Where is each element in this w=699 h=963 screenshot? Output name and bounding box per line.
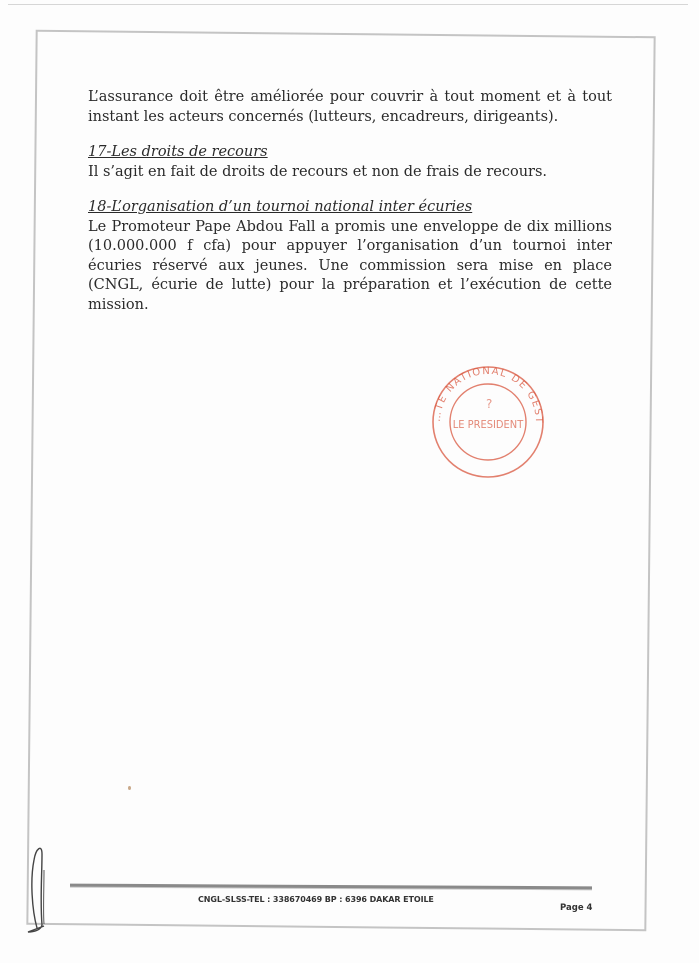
signature-initials xyxy=(22,840,62,935)
document-body: L’assurance doit être améliorée pour cou… xyxy=(88,88,612,331)
scan-speck xyxy=(128,786,131,790)
section-17: 17-Les droits de recours Il s’agit en fa… xyxy=(88,143,612,182)
section-18: 18-L’organisation d’un tournoi national … xyxy=(88,198,612,315)
section-heading: 17-Les droits de recours xyxy=(88,143,612,163)
official-stamp: …TE NATIONAL DE GESTION DE LUTTE… LE PRE… xyxy=(418,360,558,480)
scan-edge-line xyxy=(8,4,688,5)
page-number: Page 4 xyxy=(560,903,592,913)
paragraph-text: Le Promoteur Pape Abdou Fall a promis un… xyxy=(88,219,612,313)
paragraph-text: Il s’agit en fait de droits de recours e… xyxy=(88,164,547,180)
svg-text:?: ? xyxy=(486,397,492,411)
paragraph-text: L’assurance doit être améliorée pour cou… xyxy=(88,89,612,125)
stamp-inner-text: LE PRESIDENT xyxy=(453,418,524,431)
section-heading: 18-L’organisation d’un tournoi national … xyxy=(88,198,612,218)
footer-contact: CNGL-SLSS-TEL : 338670469 BP : 6396 DAKA… xyxy=(198,895,434,904)
paragraph-assurance: L’assurance doit être améliorée pour cou… xyxy=(88,88,612,127)
